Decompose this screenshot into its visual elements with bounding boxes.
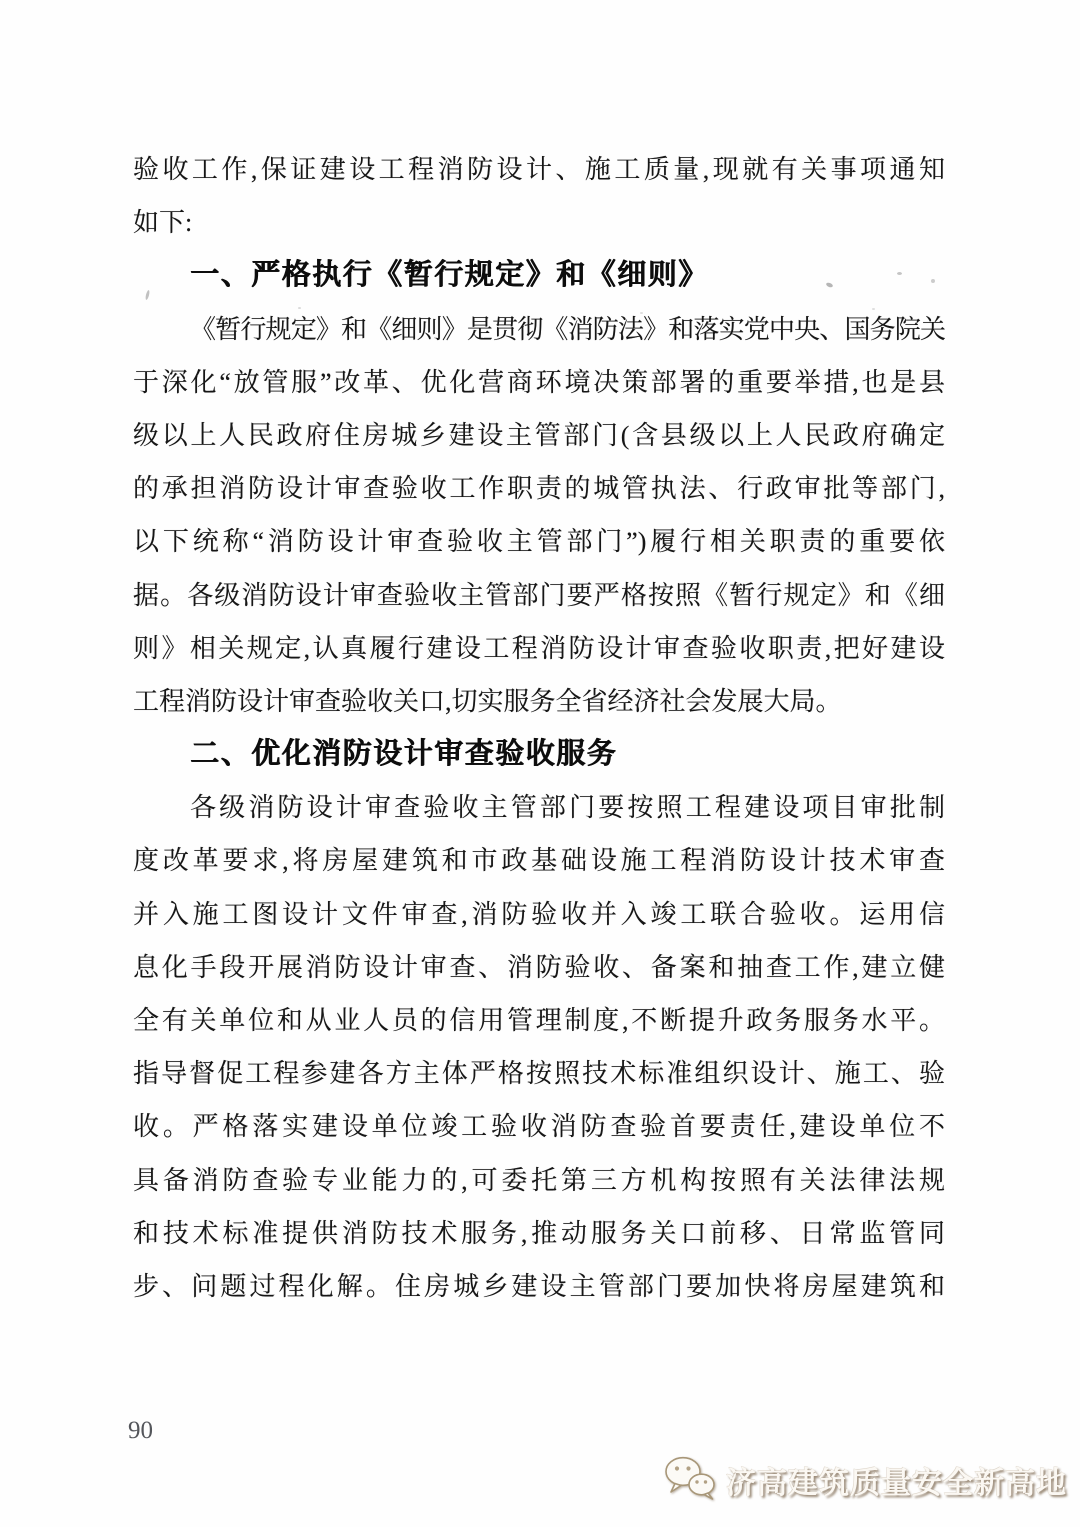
scan-speck	[931, 279, 935, 283]
text-line: 《暂行规定》和《细则》是贯彻《消防法》和落实党中央、国务院关	[133, 303, 945, 356]
watermark-text: 济高建筑质量安全新高地	[726, 1458, 1067, 1502]
text-line: 息化手段开展消防设计审查、消防验收、备案和抽查工作,建立健	[133, 941, 945, 994]
text-line: 全有关单位和从业人员的信用管理制度,不断提升政务服务水平。	[133, 994, 945, 1047]
text-line: 收。严格落实建设单位竣工验收消防查验首要责任,建设单位不	[133, 1100, 945, 1153]
text-line: 度改革要求,将房屋建筑和市政基础设施工程消防设计技术审查	[133, 834, 945, 887]
text-line: 并入施工图设计文件审查,消防验收并入竣工联合验收。运用信	[133, 888, 945, 941]
scan-speck	[897, 272, 902, 275]
text-line: 据。各级消防设计审查验收主管部门要严格按照《暂行规定》和《细	[133, 569, 945, 622]
document-text: 验收工作,保证建设工程消防设计、施工质量,现就有关事项通知 如下: 一、严格执行…	[133, 143, 945, 1313]
text-line: 指导督促工程参建各方主体严格按照技术标准组织设计、施工、验	[133, 1047, 945, 1100]
scan-speck	[298, 307, 301, 309]
text-line: 级以上人民政府住房城乡建设主管部门(含县级以上人民政府确定	[133, 409, 945, 462]
document-page: 验收工作,保证建设工程消防设计、施工质量,现就有关事项通知 如下: 一、严格执行…	[0, 0, 1080, 1527]
text-line: 如下:	[133, 196, 945, 249]
text-line: 的承担消防设计审查验收工作职责的城管执法、行政审批等部门,	[133, 462, 945, 515]
section-heading-1: 一、严格执行《暂行规定》和《细则》	[133, 249, 945, 302]
scan-speck	[872, 308, 875, 310]
text-line: 具备消防查验专业能力的,可委托第三方机构按照有关法律法规	[133, 1154, 945, 1207]
text-line: 和技术标准提供消防技术服务,推动服务关口前移、日常监管同	[133, 1207, 945, 1260]
text-line: 工程消防设计审查验收关口,切实服务全省经济社会发展大局。	[133, 675, 945, 728]
scan-speck	[640, 312, 643, 314]
text-line: 于深化“放管服”改革、优化营商环境决策部署的重要举措,也是县	[133, 356, 945, 409]
page-number: 90	[128, 1416, 153, 1446]
text-line: 各级消防设计审查验收主管部门要按照工程建设项目审批制	[133, 781, 945, 834]
text-line: 以下统称“消防设计审查验收主管部门”)履行相关职责的重要依	[133, 515, 945, 568]
text-line: 步、问题过程化解。住房城乡建设主管部门要加快将房屋建筑和	[133, 1260, 945, 1313]
text-line: 验收工作,保证建设工程消防设计、施工质量,现就有关事项通知	[133, 143, 945, 196]
text-line: 则》相关规定,认真履行建设工程消防设计审查验收职责,把好建设	[133, 622, 945, 675]
wechat-icon	[663, 1455, 717, 1506]
watermark: 济高建筑质量安全新高地	[663, 1451, 1067, 1509]
section-heading-2: 二、优化消防设计审查验收服务	[133, 728, 945, 781]
